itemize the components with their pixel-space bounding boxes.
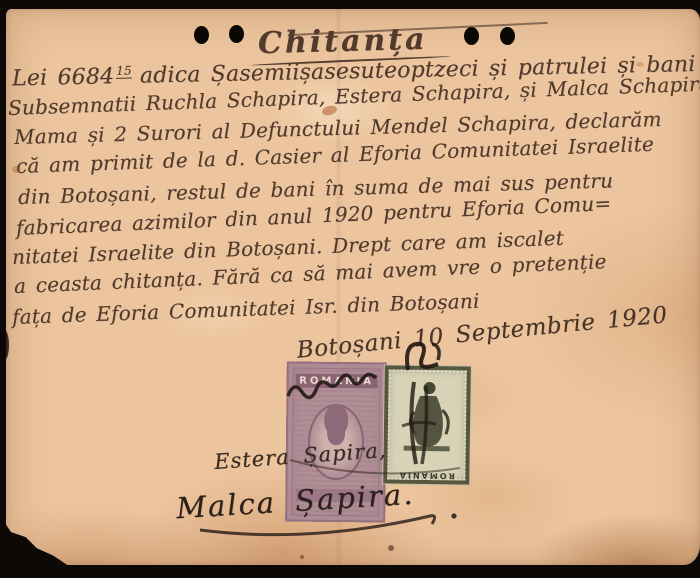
amount-superscript: 15 [116, 63, 132, 78]
stamp-left-country-label: ROMANIA [296, 374, 378, 389]
ink-blot [636, 62, 644, 67]
stamp-right-figure [388, 371, 467, 460]
portrait-silhouette [324, 404, 348, 436]
ink-blot [300, 555, 304, 559]
ink-blot [12, 166, 21, 173]
document-title: Chitanța [258, 22, 428, 61]
punch-hole [229, 25, 244, 43]
punch-hole [500, 27, 515, 45]
punch-hole [464, 27, 479, 45]
revenue-stamp-right: ROMANIA [383, 365, 471, 484]
torn-edge-notch [0, 330, 9, 360]
punch-hole [194, 26, 209, 44]
amount-prefix: Lei 6684 [12, 64, 115, 91]
scanned-receipt: Chitanța Lei 668415adica Șasemiișasesute… [0, 0, 700, 578]
ink-blot [388, 545, 394, 551]
